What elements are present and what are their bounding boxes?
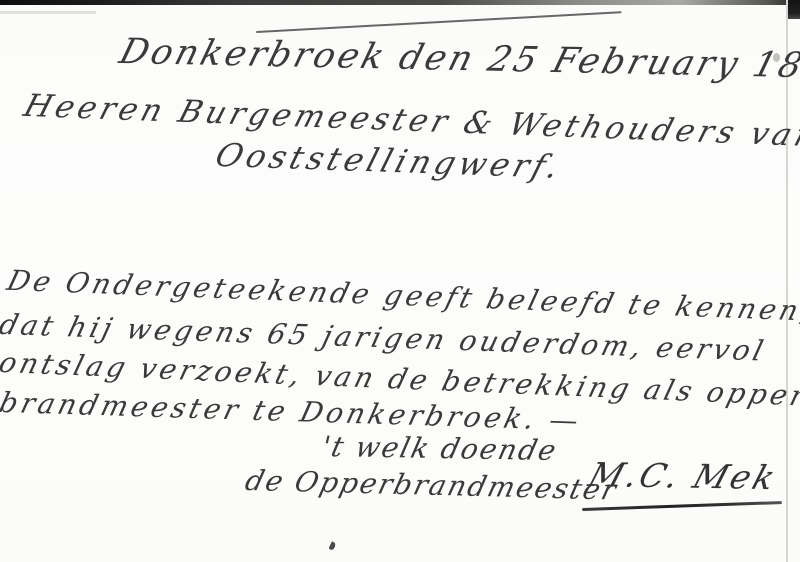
signature-role: de Opperbrandmeester	[242, 464, 621, 507]
ink-speck-faint	[773, 53, 780, 62]
pen-flourish-line	[256, 11, 622, 33]
dateline: Donkerbroek den 25 February 1879.	[115, 32, 800, 87]
signature-name: M.C. Mek	[584, 455, 782, 497]
scanned-letter-page: Donkerbroek den 25 February 1879. Heeren…	[0, 0, 800, 562]
scan-smudge	[0, 11, 96, 14]
closing-line: 't welk doende	[318, 430, 561, 467]
addressee-line-2: Ooststellingwerf.	[211, 136, 567, 186]
scan-edge-top-strip	[0, 0, 800, 5]
scan-corner-artifact	[787, 0, 800, 19]
ink-speck	[329, 541, 337, 550]
